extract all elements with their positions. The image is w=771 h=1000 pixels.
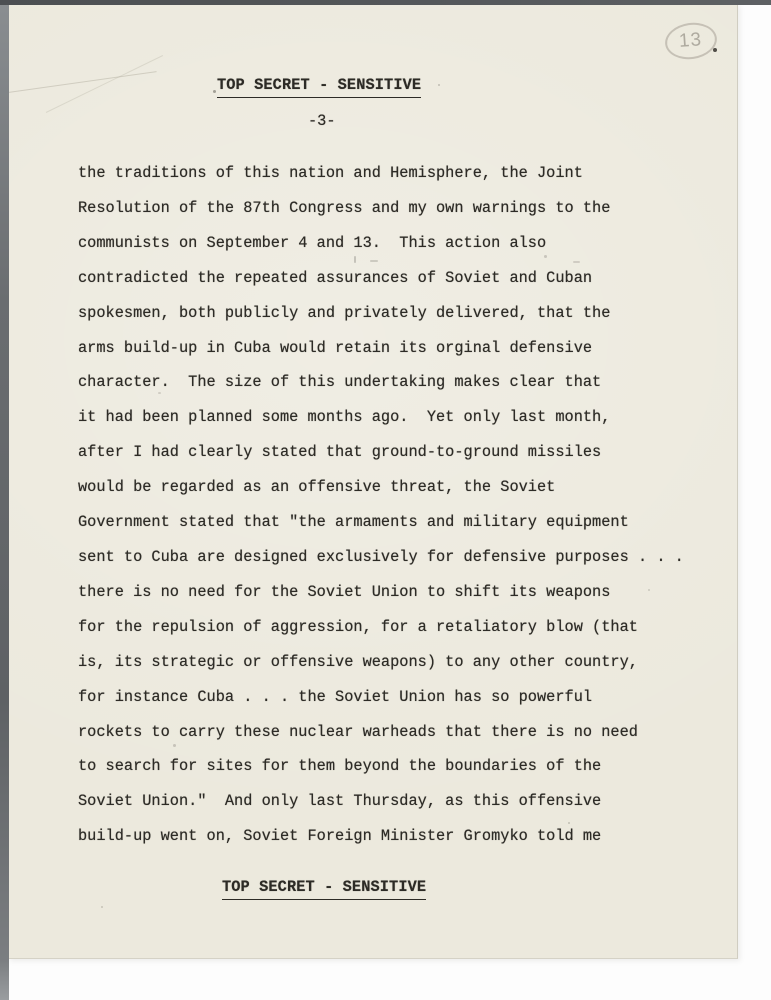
- scan-canvas: 13 TOP SECRET - SENSITIVE -3- the tradit…: [0, 0, 771, 1000]
- pencil-mark: [573, 261, 580, 263]
- body-line: there is no need for the Soviet Union to…: [78, 575, 718, 610]
- pencil-mark: [354, 256, 356, 263]
- handwritten-page-number: 13: [679, 29, 704, 53]
- scan-edge-top: [0, 0, 771, 5]
- body-line: Soviet Union." And only last Thursday, a…: [78, 784, 718, 819]
- body-line: character. The size of this undertaking …: [78, 365, 718, 400]
- body-line: Government stated that "the armaments an…: [78, 505, 718, 540]
- body-line: build-up went on, Soviet Foreign Ministe…: [78, 819, 718, 854]
- body-line: would be regarded as an offensive threat…: [78, 470, 718, 505]
- body-line: arms build-up in Cuba would retain its o…: [78, 331, 718, 366]
- classification-header: TOP SECRET - SENSITIVE: [217, 76, 421, 98]
- body-line: after I had clearly stated that ground-t…: [78, 435, 718, 470]
- ink-speck: [173, 744, 176, 747]
- document-body: the traditions of this nation and Hemisp…: [78, 156, 718, 854]
- body-line: sent to Cuba are designed exclusively fo…: [78, 540, 718, 575]
- body-line: is, its strategic or offensive weapons) …: [78, 645, 718, 680]
- page-number: -3-: [308, 112, 336, 130]
- document-page: 13 TOP SECRET - SENSITIVE -3- the tradit…: [8, 4, 738, 959]
- body-line: for instance Cuba . . . the Soviet Union…: [78, 680, 718, 715]
- body-line: for the repulsion of aggression, for a r…: [78, 610, 718, 645]
- body-line: to search for sites for them beyond the …: [78, 749, 718, 784]
- pencil-mark: [370, 260, 378, 262]
- ink-speck: [438, 84, 440, 86]
- body-line: spokesmen, both publicly and privately d…: [78, 296, 718, 331]
- ink-speck: [101, 906, 103, 908]
- ink-speck: [648, 589, 650, 591]
- scan-edge-left: [0, 0, 9, 1000]
- body-line: communists on September 4 and 13. This a…: [78, 226, 718, 261]
- classification-footer: TOP SECRET - SENSITIVE: [222, 878, 426, 900]
- body-line: Resolution of the 87th Congress and my o…: [78, 191, 718, 226]
- paper-crease: [8, 71, 157, 93]
- ink-speck: [158, 392, 161, 394]
- body-line: it had been planned some months ago. Yet…: [78, 400, 718, 435]
- ink-speck: [213, 90, 216, 93]
- body-line: contradicted the repeated assurances of …: [78, 261, 718, 296]
- ink-speck: [568, 822, 570, 824]
- ink-speck: [713, 48, 717, 52]
- ink-speck: [544, 255, 547, 258]
- body-line: the traditions of this nation and Hemisp…: [78, 156, 718, 191]
- handwritten-page-number-circle: 13: [663, 20, 720, 63]
